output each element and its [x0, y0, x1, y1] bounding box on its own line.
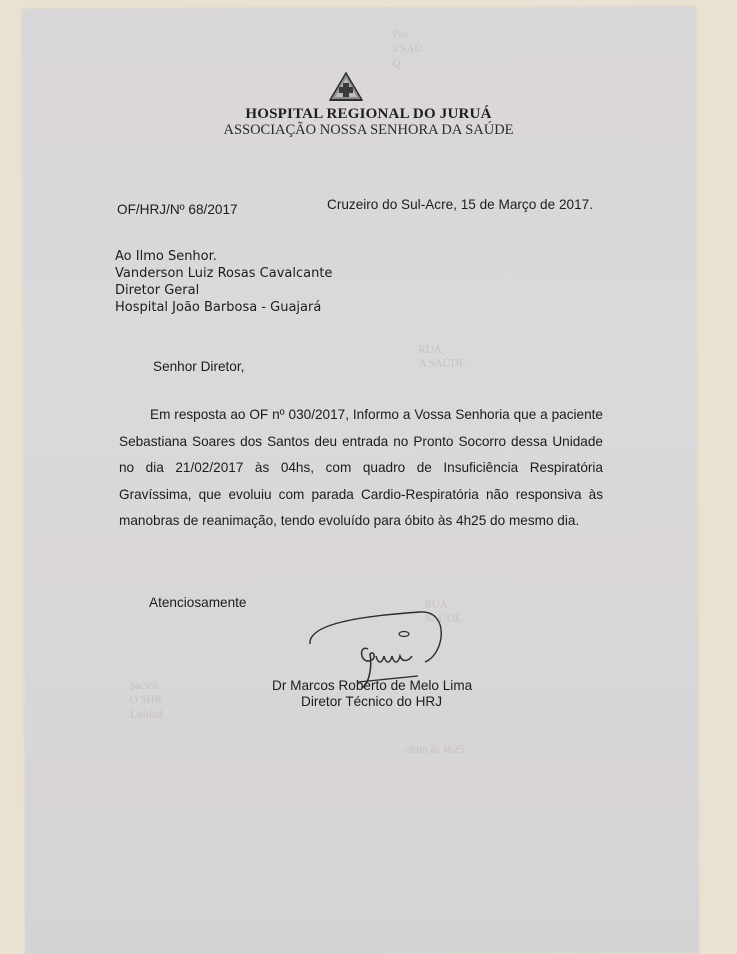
association-name: ASSOCIAÇÃO NOSSA SENHORA DA SAÚDE	[0, 122, 737, 139]
recipient-institution: Hospital João Barbosa - Guajará	[115, 300, 321, 315]
triangle-cross-icon	[328, 72, 364, 102]
recipient-title: Diretor Geral	[115, 283, 199, 298]
bleed-through-text: óbito às 4h25	[405, 743, 464, 758]
signatory-name: Dr Marcos Roberto de Melo Lima	[272, 678, 472, 693]
reference-number: OF/HRJ/Nº 68/2017	[117, 202, 238, 217]
bleed-through-text: pacienO SHRUnidad	[130, 679, 163, 722]
bleed-through-text: Proa SAÚQ	[392, 28, 422, 71]
recipient-salutation: Ao Ilmo Senhor.	[115, 249, 217, 264]
signatory-role: Diretor Técnico do HRJ	[301, 694, 442, 709]
recipient-name: Vanderson Luiz Rosas Cavalcante	[115, 266, 332, 281]
letter-body: Em resposta ao OF nº 030/2017, Informo a…	[119, 402, 603, 535]
hospital-name: HOSPITAL REGIONAL DO JURUÁ	[0, 106, 737, 123]
place-date: Cruzeiro do Sul-Acre, 15 de Março de 201…	[327, 197, 593, 212]
closing: Atenciosamente	[149, 595, 246, 610]
bleed-through-text: RUAA SAÚDE	[419, 343, 466, 372]
greeting: Senhor Diretor,	[153, 359, 244, 374]
